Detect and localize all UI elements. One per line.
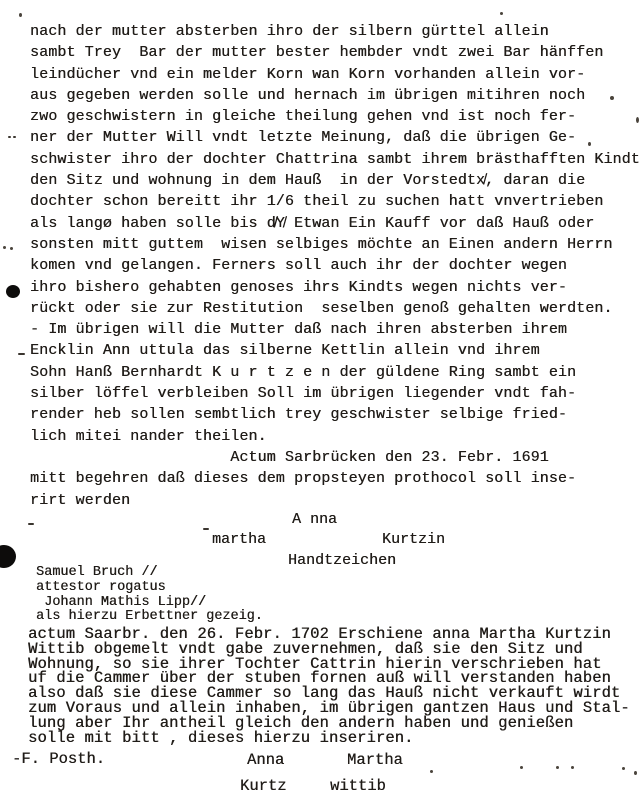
text-line: leindücher vnd ein melder Korn wan Korn … <box>30 64 640 85</box>
witness-attestation-block: Samuel Bruch //attestor rogatus Johann M… <box>36 566 263 625</box>
text-line: den Sitz und wohnung in dem Hauß in der … <box>30 170 640 191</box>
text-line: sambt Trey Bar der mutter bester hembder… <box>30 42 640 63</box>
text-line: sonsten mitt guttem wisen selbiges möcht… <box>30 234 640 255</box>
addendum-1702-paragraph: actum Saarbr. den 26. Febr. 1702 Erschie… <box>28 627 630 745</box>
text-line: Johann Mathis Lipp// <box>36 596 263 611</box>
text-line: schwister ihro der dochter Chattrina sam… <box>30 149 640 170</box>
text-line: dochter schon bereitt ihr 1/6 theil zu s… <box>30 191 640 212</box>
text-line: Sohn Hanß Bernhardt K u r t z e n der gü… <box>30 362 640 383</box>
margin-mark <box>10 247 13 250</box>
scanned-document-page: nach der mutter absterben ihro der silbe… <box>0 0 642 800</box>
text-line: komen vnd gelangen. Ferners soll auch ih… <box>30 255 640 276</box>
signature-anna-2: Anna <box>247 751 284 769</box>
text-line: lich mitei nander theilen. <box>30 426 640 447</box>
scan-speck <box>430 770 433 773</box>
signature-anna: A nna <box>292 511 337 528</box>
text-line: Actum Sarbrücken den 23. Febr. 1691 <box>30 447 640 468</box>
text-line: zwo geschwistern in gleiche theilung geh… <box>30 106 640 127</box>
scan-speck <box>634 771 637 775</box>
scan-speck <box>571 766 574 769</box>
testament-1691-paragraph: nach der mutter absterben ihro der silbe… <box>30 21 640 511</box>
margin-mark <box>18 353 25 355</box>
signature-martha-2: Martha <box>347 751 403 769</box>
scan-speck <box>588 142 591 146</box>
text-line: Samuel Bruch // <box>36 566 263 581</box>
text-line: solle mit bitt , dieses hierzu inseriren… <box>28 731 630 746</box>
scan-speck <box>622 767 625 770</box>
text-line: als hierzu Erbettner gezeig. <box>36 610 263 625</box>
margin-mark <box>3 246 6 249</box>
signature-posth: -F. Posth. <box>12 750 105 768</box>
margin-mark <box>203 528 209 530</box>
text-line: aus gegeben werden solle und hernach im … <box>30 85 640 106</box>
text-line: - Im übrigen will die Mutter daß nach ih… <box>30 319 640 340</box>
text-line: ihro bishero gehabten genoses ihrs Kindt… <box>30 277 640 298</box>
ink-blot <box>6 285 20 298</box>
text-line: rirt werden <box>30 490 640 511</box>
signature-wittib: wittib <box>330 777 386 795</box>
scan-speck <box>500 12 503 15</box>
scan-speck <box>556 766 559 769</box>
ink-blot <box>0 545 16 568</box>
text-line: silber löffel verbleiben Soll im übrigen… <box>30 383 640 404</box>
scan-speck <box>610 96 614 100</box>
scan-speck <box>19 13 22 17</box>
signature-kurtzin: Kurtzin <box>382 531 445 548</box>
margin-mark <box>13 136 16 138</box>
text-line: mitt begehren daß dieses dem propsteyen … <box>30 468 640 489</box>
signature-kurtz: Kurtz <box>240 777 287 795</box>
text-line: rückt oder sie zur Restitution seselben … <box>30 298 640 319</box>
text-line: Encklin Ann uttula das silberne Kettlin … <box>30 340 640 361</box>
scan-speck <box>636 117 639 123</box>
signature-martha: martha <box>212 531 266 548</box>
text-line: attestor rogatus <box>36 581 263 596</box>
text-line: als langø haben solle bis d̸Y̸ Etwan Ein… <box>30 213 640 234</box>
scan-speck <box>520 766 523 769</box>
text-line: ner der Mutter Will vndt letzte Meinung,… <box>30 127 640 148</box>
text-line: nach der mutter absterben ihro der silbe… <box>30 21 640 42</box>
margin-mark <box>28 523 34 525</box>
handtzeichen-label: Handtzeichen <box>288 552 396 569</box>
text-line: render heb sollen sembtlich trey geschwi… <box>30 404 640 425</box>
margin-mark <box>8 136 11 138</box>
